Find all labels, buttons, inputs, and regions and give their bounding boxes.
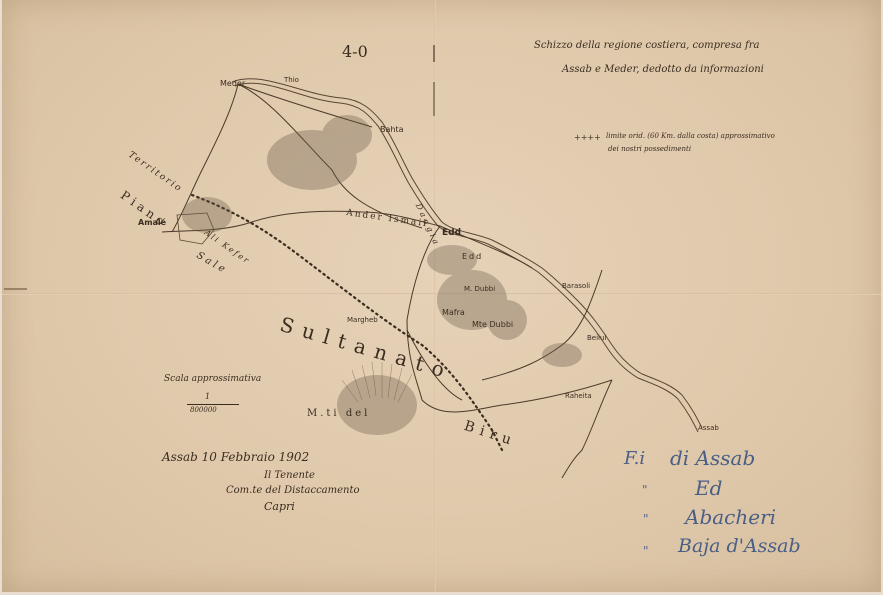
- annotation-line-3: Abacheri: [685, 505, 776, 529]
- place-barasoli: Barasoli: [562, 282, 590, 290]
- place-margheb: Margheb: [347, 316, 378, 324]
- legend-line2: dei nostri possedimenti: [608, 145, 691, 153]
- catalog-number: 4-0: [342, 42, 368, 61]
- scale-denominator: 800000: [190, 406, 217, 414]
- place-beilul: Beilul: [587, 334, 606, 342]
- annotation-line-4: Baja d'Assab: [678, 535, 801, 557]
- signature-name: Capri: [264, 500, 295, 513]
- label-monti-del: M.ti del: [307, 408, 370, 419]
- place-mte-dubbi: Mte Dubbi: [472, 320, 513, 329]
- map-drawing: [2, 0, 881, 592]
- place-edd: Edd: [442, 228, 461, 238]
- place-mafra: Mafra: [442, 308, 465, 317]
- annotation-prefix-1: F.i: [624, 448, 645, 469]
- scale-numerator: 1: [205, 392, 210, 401]
- place-amale: Amalé: [138, 218, 166, 227]
- legend-symbol: ++++: [574, 133, 601, 142]
- place-meder: Meder: [220, 79, 245, 88]
- signature-role: Com.te del Distaccamento: [226, 485, 360, 496]
- signature-rank: Il Tenente: [264, 470, 315, 481]
- place-m-dubbi: M. Dubbi: [464, 285, 495, 293]
- scale-bar: [187, 404, 239, 405]
- map-title-line1: Schizzo della regione costiera, compresa…: [534, 40, 759, 51]
- place-edd-region: Edd: [462, 252, 483, 261]
- place-raheita: Raheita: [565, 392, 592, 400]
- place-bahta: Bahta: [380, 125, 404, 134]
- annotation-prefix-2: ": [642, 483, 648, 497]
- map-title-line2: Assab e Meder, dedotto da informazioni: [562, 64, 764, 75]
- annotation-line-2: Ed: [695, 476, 722, 500]
- place-thio: Thio: [284, 76, 299, 84]
- map-sheet: 4-0 Schizzo della regione costiera, comp…: [2, 0, 881, 592]
- scale-label: Scala approssimativa: [164, 374, 261, 384]
- legend-line1: limite orid. (60 Km. dalla costa) appros…: [606, 132, 775, 140]
- annotation-prefix-3: ": [643, 512, 649, 526]
- place-assab: Assab: [698, 424, 719, 432]
- signature-place-date: Assab 10 Febbraio 1902: [162, 450, 309, 464]
- annotation-line-1: di Assab: [670, 446, 755, 470]
- annotation-prefix-4: ": [643, 544, 649, 558]
